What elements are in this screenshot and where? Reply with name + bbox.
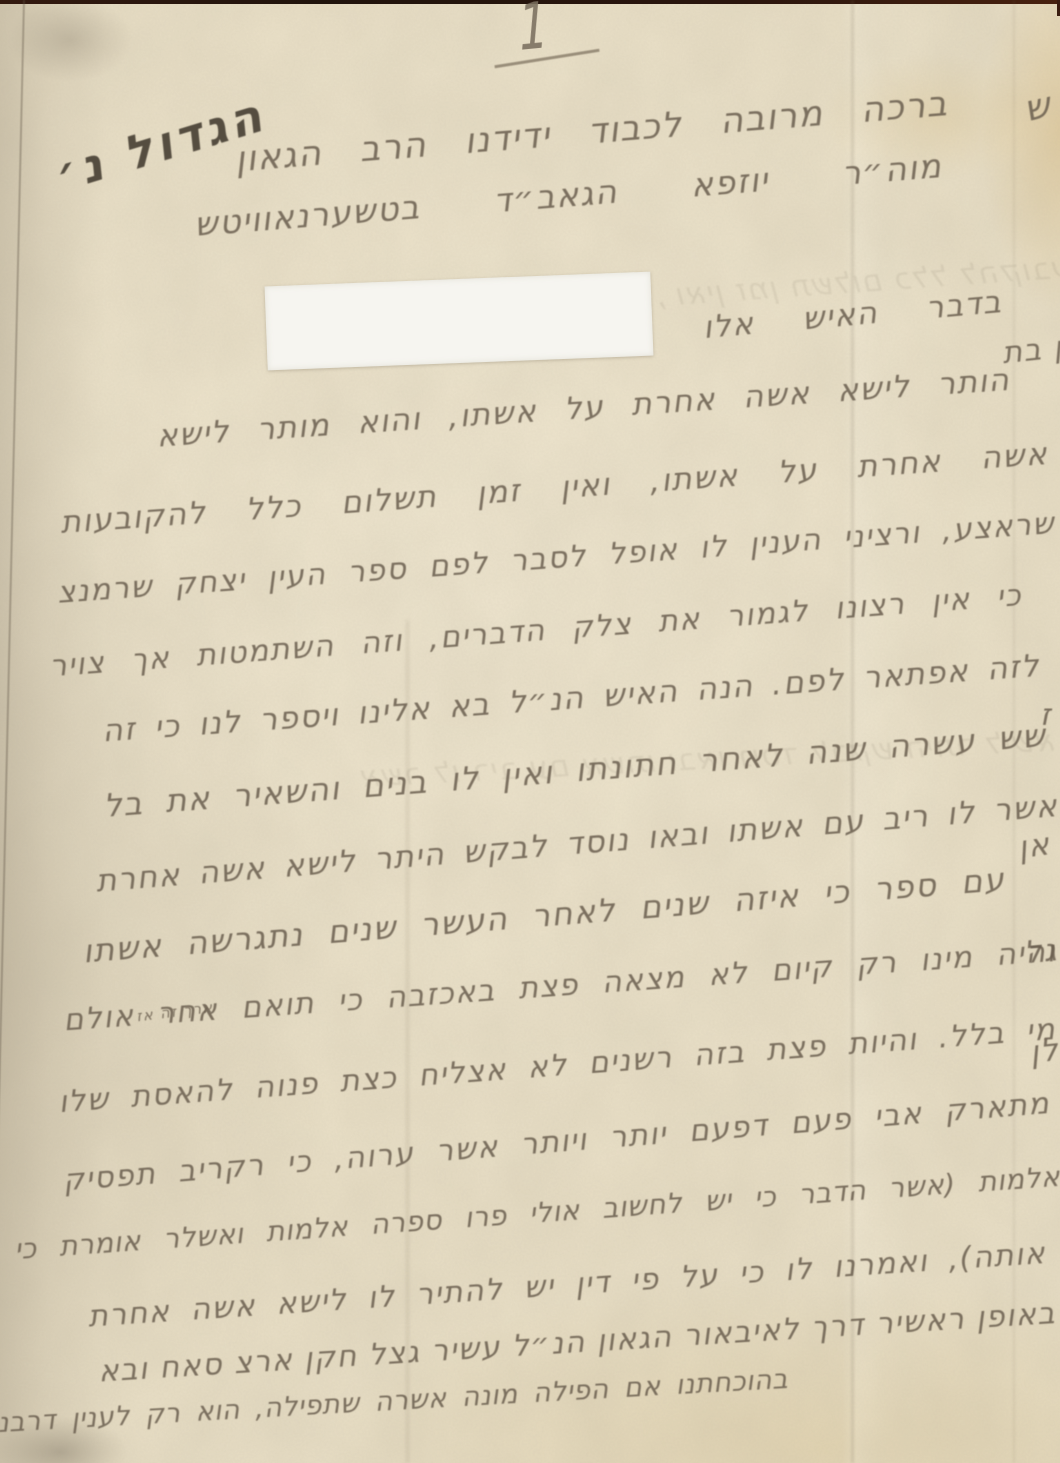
edge-fragment: גל	[1022, 932, 1059, 971]
edge-fragment: ז	[1040, 698, 1052, 733]
manuscript-line-2: הותר לישא אשה אחרת על אשתו, והוא מותר לי…	[156, 362, 1012, 455]
page-number-annotation: 1	[517, 0, 578, 77]
heading-margin-mark: ש	[1020, 84, 1055, 130]
white-redaction-patch	[265, 272, 654, 371]
heading-line-1-flourish: הגדול נ׳	[49, 87, 272, 203]
manuscript-scan-page: אשה אחרת על אשתו, ואין זמן תשלום כלל להק…	[0, 0, 1060, 1463]
edge-fragment: אן	[1016, 826, 1053, 866]
edge-fragment: לן	[1028, 1032, 1060, 1071]
edge-fragment: ן בת	[1001, 330, 1060, 371]
